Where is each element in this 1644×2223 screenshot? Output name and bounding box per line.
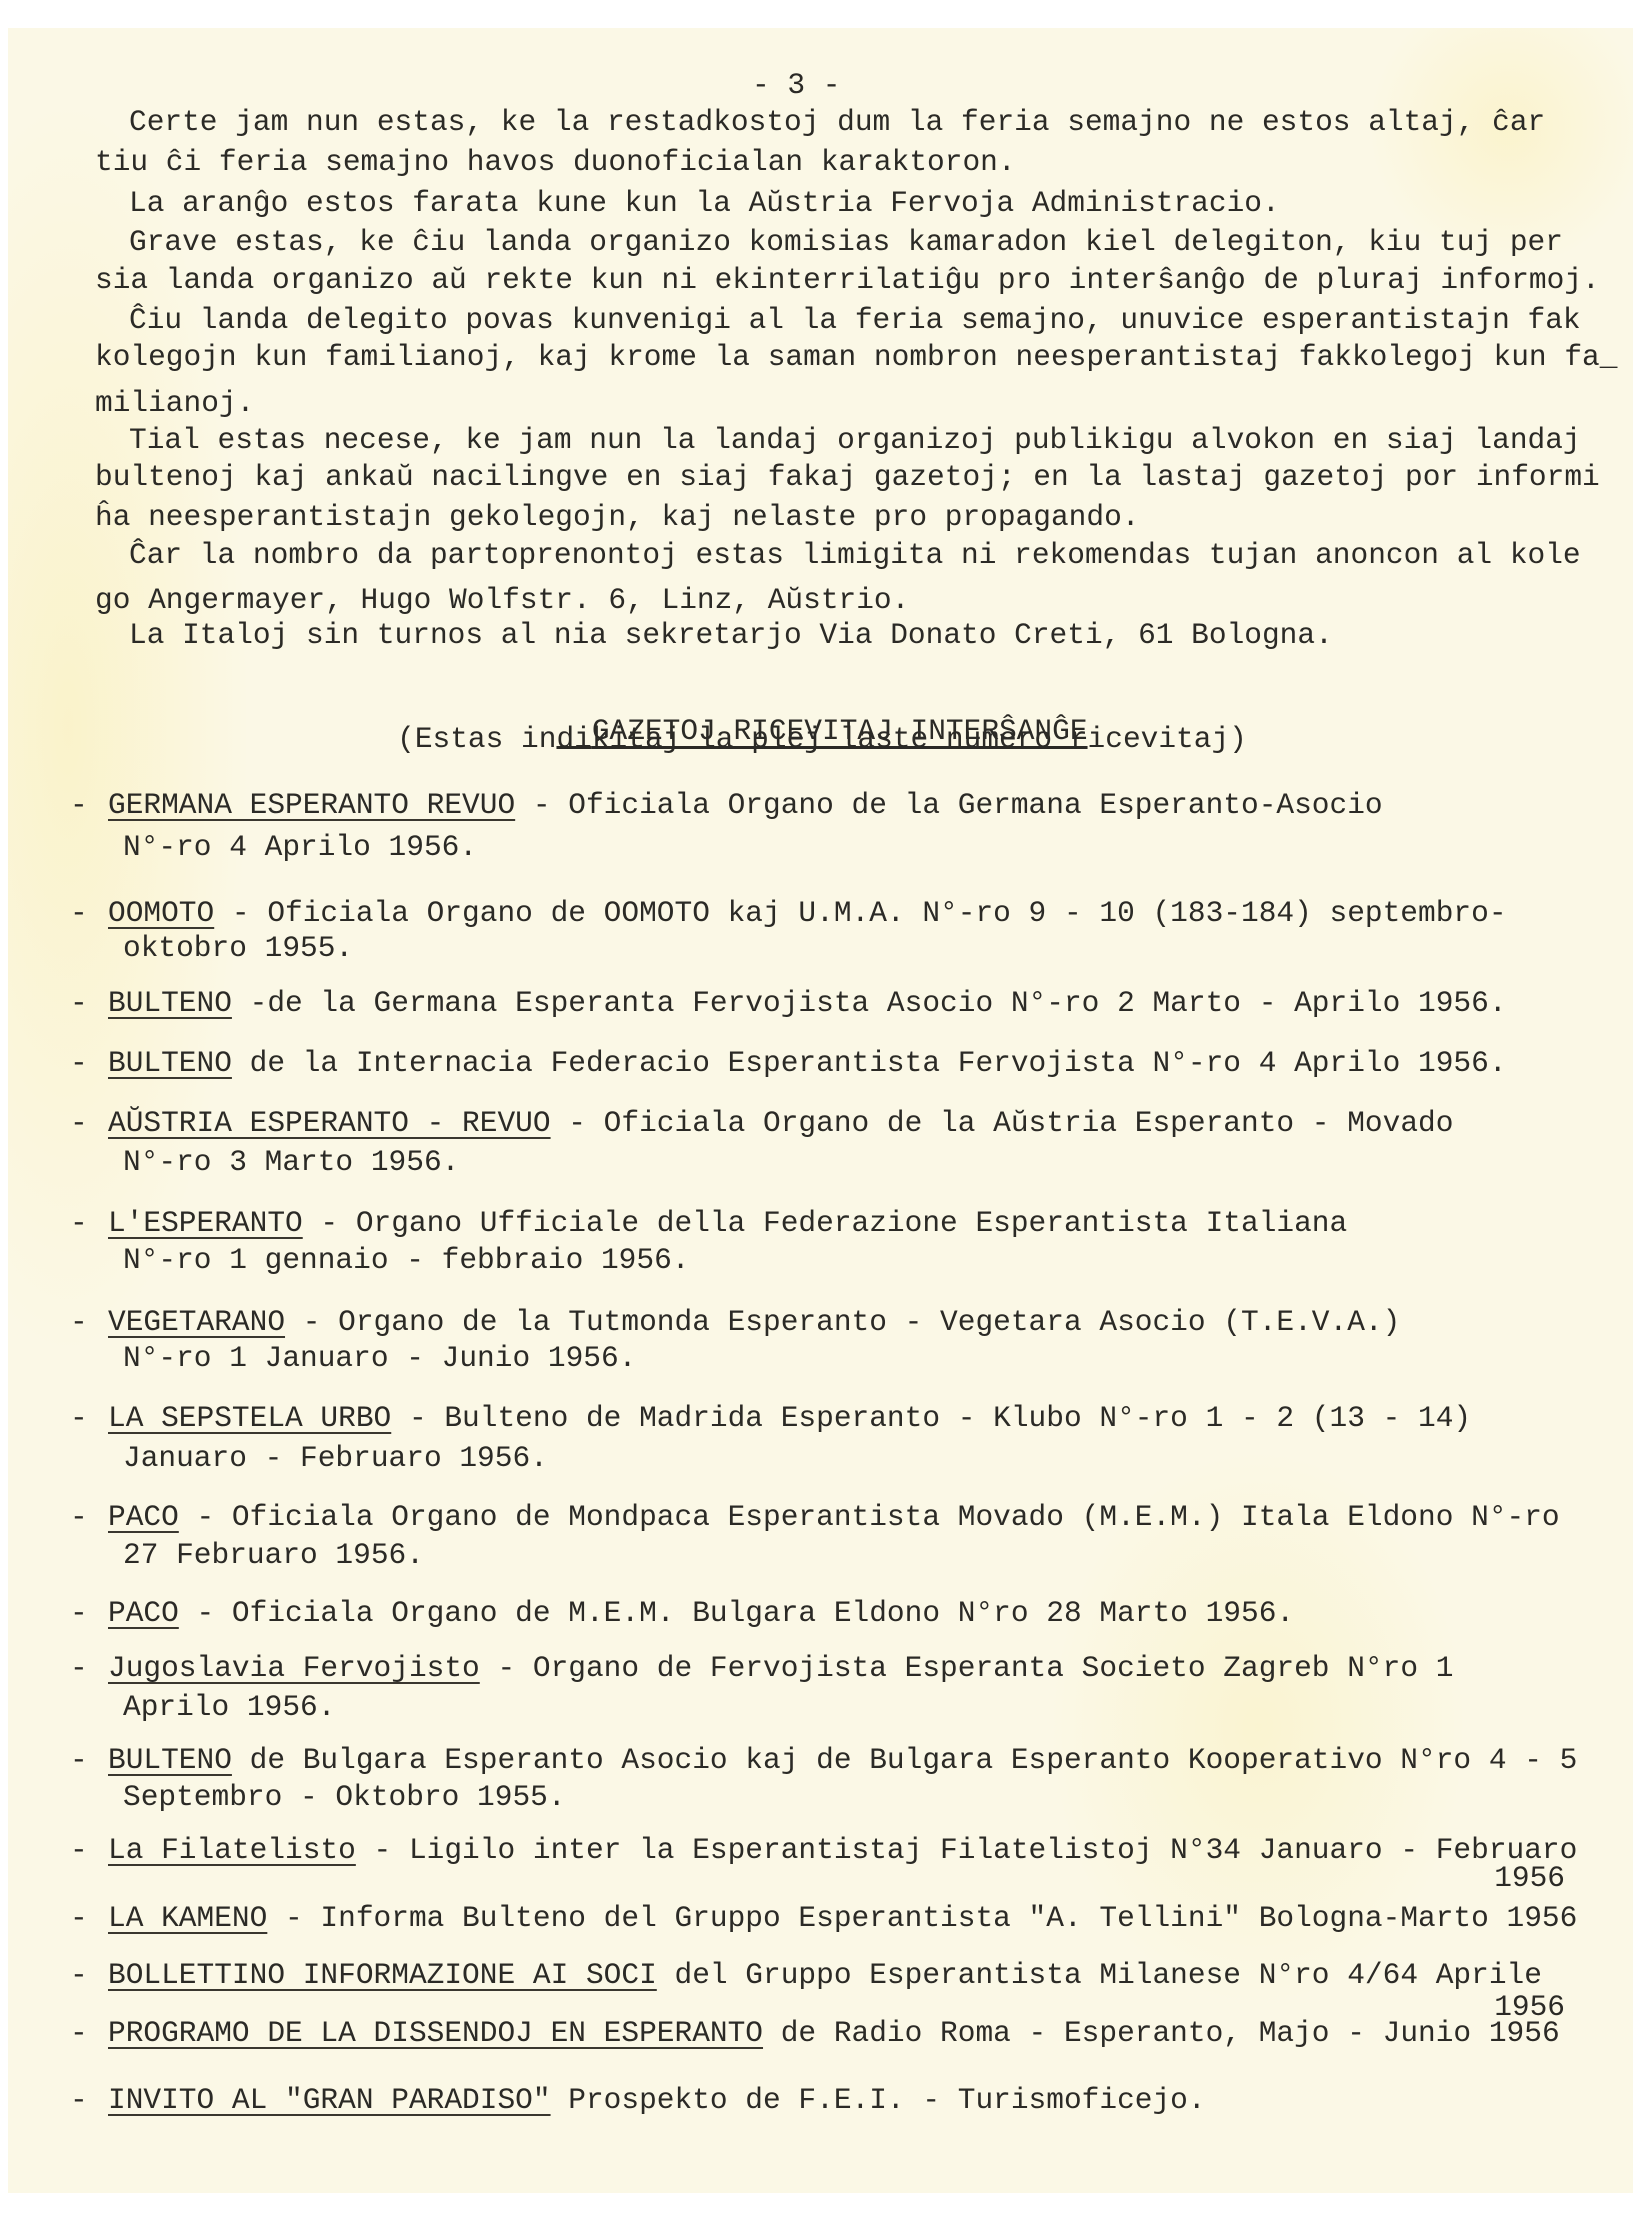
list-dash: - (70, 1206, 88, 1240)
list-dash: - (70, 986, 88, 1020)
list-dash: - (70, 1833, 88, 1867)
periodical-issue: Septembro - Oktobro 1955. (123, 1780, 566, 1814)
periodical-description: - Oficiala Organo de OOMOTO kaj U.M.A. N… (214, 896, 1506, 930)
periodical-title: LA SEPSTELA URBO (108, 1401, 391, 1435)
periodical-description: de Bulgara Esperanto Asocio kaj de Bulga… (232, 1743, 1577, 1777)
periodical-title: PACO (108, 1596, 179, 1630)
list-dash: - (70, 1651, 88, 1685)
periodical-title: BOLLETTINO INFORMAZIONE AI SOCI (108, 1958, 657, 1992)
periodical-issue: N°-ro 1 gennaio - febbraio 1956. (123, 1243, 690, 1277)
periodical-line: L'ESPERANTO - Organo Ufficiale della Fed… (108, 1206, 1347, 1240)
periodical-description: - Bulteno de Madrida Esperanto - Klubo N… (391, 1401, 1471, 1435)
periodical-title: INVITO AL "GRAN PARADISO" (108, 2083, 551, 2117)
list-dash: - (70, 1106, 88, 1140)
periodical-description: de Radio Roma - Esperanto, Majo - Junio … (763, 2016, 1560, 2050)
periodical-title: BULTENO (108, 986, 232, 1020)
periodical-title: BULTENO (108, 1743, 232, 1777)
periodical-line: Jugoslavia Fervojisto - Organo de Fervoj… (108, 1651, 1453, 1685)
intro-line: go Angermayer, Hugo Wolfstr. 6, Linz, Aŭ… (95, 583, 909, 617)
periodical-description: del Gruppo Esperantista Milanese N°ro 4/… (657, 1958, 1542, 1992)
page-number: - 3 - (752, 68, 841, 102)
periodical-title: VEGETARANO (108, 1305, 285, 1339)
periodical-line: LA KAMENO - Informa Bulteno del Gruppo E… (108, 1901, 1577, 1935)
periodical-line: PACO - Oficiala Organo de M.E.M. Bulgara… (108, 1596, 1294, 1630)
periodical-issue: N°-ro 4 Aprilo 1956. (123, 830, 477, 864)
intro-line: La Italoj sin turnos al nia sekretarjo V… (129, 618, 1333, 652)
periodical-title: PROGRAMO DE LA DISSENDOJ EN ESPERANTO (108, 2016, 763, 2050)
periodical-title: AŬSTRIA ESPERANTO - REVUO (108, 1106, 551, 1140)
intro-line: ĥa neesperantistajn gekolegojn, kaj nela… (95, 500, 1139, 534)
intro-line: tiu ĉi feria semajno havos duonoficialan… (95, 145, 1016, 179)
periodical-description: - Informa Bulteno del Gruppo Esperantist… (267, 1901, 1577, 1935)
periodical-title: Jugoslavia Fervojisto (108, 1651, 480, 1685)
list-dash: - (70, 1743, 88, 1777)
intro-line: Ĉiu landa delegito povas kunvenigi al la… (129, 303, 1581, 337)
periodical-description: de la Internacia Federacio Esperantista … (232, 1046, 1507, 1080)
periodical-line: OOMOTO - Oficiala Organo de OOMOTO kaj U… (108, 896, 1507, 930)
list-dash: - (70, 896, 88, 930)
periodical-line: BULTENO -de la Germana Esperanta Fervoji… (108, 986, 1507, 1020)
intro-line: kolegojn kun familianoj, kaj krome la sa… (95, 340, 1617, 374)
list-dash: - (70, 1901, 88, 1935)
list-dash: - (70, 1958, 88, 1992)
periodical-title: OOMOTO (108, 896, 214, 930)
periodical-issue: Januaro - Februaro 1956. (123, 1441, 548, 1475)
periodical-description: - Organo Ufficiale della Federazione Esp… (303, 1206, 1347, 1240)
periodical-description: - Oficiala Organo de la Aŭstria Esperant… (551, 1106, 1454, 1140)
periodical-description: - Oficiala Organo de M.E.M. Bulgara Eldo… (179, 1596, 1294, 1630)
periodical-title: GERMANA ESPERANTO REVUO (108, 788, 515, 822)
periodical-title: PACO (108, 1500, 179, 1534)
periodical-line: PROGRAMO DE LA DISSENDOJ EN ESPERANTO de… (108, 2016, 1560, 2050)
periodical-line: BOLLETTINO INFORMAZIONE AI SOCI del Grup… (108, 1958, 1542, 1992)
periodical-line: LA SEPSTELA URBO - Bulteno de Madrida Es… (108, 1401, 1471, 1435)
periodical-title: La Filatelisto (108, 1833, 356, 1867)
periodical-issue: N°-ro 1 Januaro - Junio 1956. (123, 1341, 636, 1375)
section-subheading: (Estas indikitaj la plej laste numero ri… (0, 722, 1644, 756)
periodical-line: BULTENO de Bulgara Esperanto Asocio kaj … (108, 1743, 1577, 1777)
periodical-title: BULTENO (108, 1046, 232, 1080)
periodical-line: GERMANA ESPERANTO REVUO - Oficiala Organ… (108, 788, 1383, 822)
periodical-description: - Oficiala Organo de la Germana Esperant… (515, 788, 1382, 822)
list-dash: - (70, 1596, 88, 1630)
periodical-line: PACO - Oficiala Organo de Mondpaca Esper… (108, 1500, 1560, 1534)
periodical-description: - Organo de Fervojista Esperanta Societo… (480, 1651, 1454, 1685)
periodical-line: INVITO AL "GRAN PARADISO" Prospekto de F… (108, 2083, 1206, 2117)
list-dash: - (70, 1500, 88, 1534)
periodical-line: AŬSTRIA ESPERANTO - REVUO - Oficiala Org… (108, 1106, 1453, 1140)
intro-line: Certe jam nun estas, ke la restadkostoj … (129, 105, 1545, 139)
periodical-description: -de la Germana Esperanta Fervojista Asoc… (232, 986, 1507, 1020)
intro-line: sia landa organizo aŭ rekte kun ni ekint… (95, 263, 1600, 297)
periodical-issue-year: 1956 (1300, 1861, 1565, 1895)
intro-line: La aranĝo estos farata kune kun la Aŭstr… (129, 186, 1280, 220)
periodical-line: BULTENO de la Internacia Federacio Esper… (108, 1046, 1507, 1080)
list-dash: - (70, 2083, 88, 2117)
periodical-issue: 27 Februaro 1956. (123, 1538, 424, 1572)
intro-line: Grave estas, ke ĉiu landa organizo komis… (129, 225, 1563, 259)
list-dash: - (70, 1305, 88, 1339)
list-dash: - (70, 2016, 88, 2050)
list-dash: - (70, 788, 88, 822)
periodical-issue: Aprilo 1956. (123, 1690, 335, 1724)
list-dash: - (70, 1046, 88, 1080)
periodical-line: VEGETARANO - Organo de la Tutmonda Esper… (108, 1305, 1400, 1339)
periodical-title: LA KAMENO (108, 1901, 267, 1935)
periodical-issue: oktobro 1955. (123, 931, 353, 965)
periodical-description: Prospekto de F.E.I. - Turismoficejo. (551, 2083, 1206, 2117)
list-dash: - (70, 1401, 88, 1435)
intro-line: milianoj. (95, 386, 254, 420)
intro-line: bultenoj kaj ankaŭ nacilingve en siaj fa… (95, 460, 1600, 494)
intro-line: Ĉar la nombro da partoprenontoj estas li… (129, 538, 1581, 572)
periodical-issue: N°-ro 3 Marto 1956. (123, 1145, 459, 1179)
intro-line: Tial estas necese, ke jam nun la landaj … (129, 423, 1581, 457)
periodical-title: L'ESPERANTO (108, 1206, 303, 1240)
periodical-description: - Organo de la Tutmonda Esperanto - Vege… (285, 1305, 1400, 1339)
periodical-description: - Oficiala Organo de Mondpaca Esperantis… (179, 1500, 1560, 1534)
